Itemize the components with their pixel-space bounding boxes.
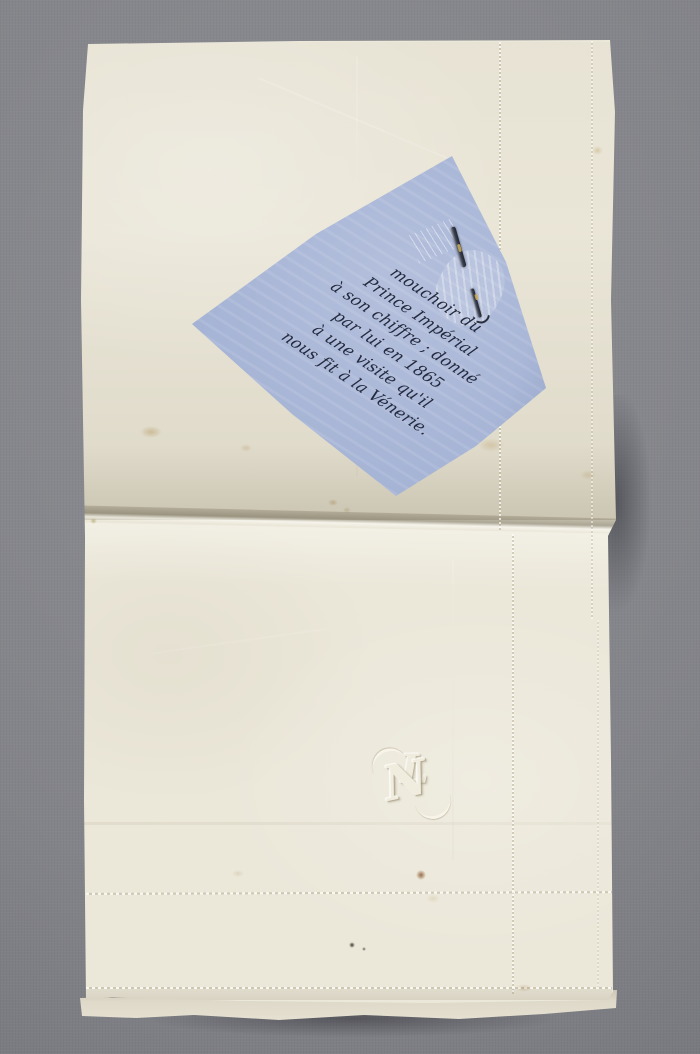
stain bbox=[343, 507, 351, 513]
stain bbox=[232, 870, 244, 877]
hem-border bbox=[85, 989, 612, 1000]
speck bbox=[90, 518, 97, 524]
hem-stitch-vertical bbox=[591, 41, 593, 619]
stain bbox=[140, 426, 162, 438]
speck bbox=[362, 947, 366, 951]
fold-crease-highlight bbox=[79, 522, 616, 591]
stain bbox=[416, 870, 426, 880]
photo-frame: L N mouchoir du Prince Impérial à son ch… bbox=[0, 0, 700, 1054]
stain bbox=[240, 444, 252, 452]
embroidered-monogram: L N bbox=[370, 740, 457, 825]
stain bbox=[328, 499, 338, 506]
stain bbox=[426, 894, 440, 903]
hem-stitch-vertical bbox=[597, 620, 599, 988]
stain bbox=[592, 146, 603, 155]
hem-stitch-horizontal bbox=[86, 891, 612, 895]
speck bbox=[349, 942, 355, 948]
stain bbox=[516, 984, 532, 992]
stain bbox=[580, 470, 596, 480]
soft-crease bbox=[84, 822, 612, 825]
handkerchief: L N mouchoir du Prince Impérial à son ch… bbox=[0, 0, 700, 1054]
diagonal-crease bbox=[151, 627, 330, 654]
hem-stitch-vertical bbox=[512, 534, 514, 994]
